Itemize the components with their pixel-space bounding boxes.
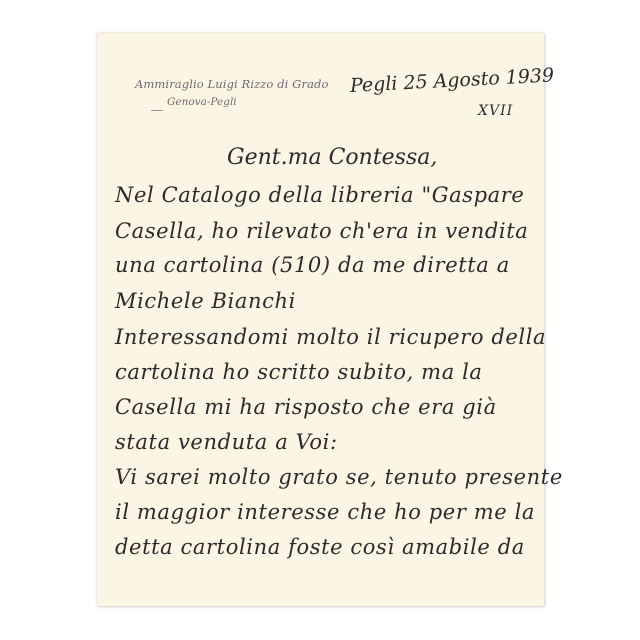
image-stage: Ammiraglio Luigi Rizzo di Grado Genova-P… [0,0,640,640]
body-line: cartolina ho scritto subito, ma la [115,360,483,384]
letter-salutation: Gent.ma Contessa, [227,145,437,170]
body-line: Michele Bianchi [115,289,296,313]
body-line: una cartolina (510) da me diretta a [115,253,510,277]
body-line: stata venduta a Voi: [115,430,338,454]
body-line: detta cartolina foste così amabile da [115,535,525,559]
body-line: Nel Catalogo della libreria "Gaspare [115,183,524,207]
letter-era-year: XVII [478,103,513,119]
letter-paper: Ammiraglio Luigi Rizzo di Grado Genova-P… [97,33,544,606]
letterhead-rule [151,110,163,111]
body-line: il maggior interesse che ho per me la [115,500,535,524]
body-line: Interessandomi molto il ricupero della [115,325,546,349]
body-line: Casella, ho rilevato ch'era in vendita [115,219,528,243]
body-line: Casella mi ha risposto che era già [115,395,497,419]
letterhead-place: Genova-Pegli [167,96,237,108]
letter-date: Pegli 25 Agosto 1939 [349,64,554,97]
letterhead-name: Ammiraglio Luigi Rizzo di Grado [135,77,329,91]
body-line: Vi sarei molto grato se, tenuto presente [115,465,563,489]
